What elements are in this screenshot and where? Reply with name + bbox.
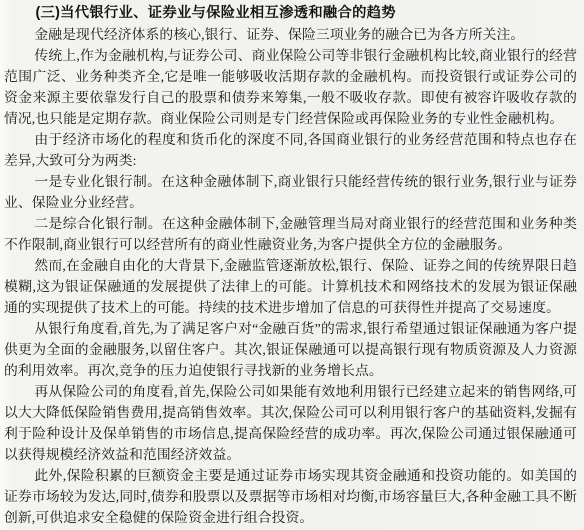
- paragraph-bank-perspective: 从银行角度看,首先,为了满足客户对“金融百货”的需求,银行希望通过银证保融通为客…: [4, 318, 577, 381]
- paragraph-intro: 金融是现代经济体系的核心,银行、证券、保险三项业务的融合已为各方所关注。: [4, 24, 577, 45]
- book-page: (三)当代银行业、证券业与保险业相互渗透和融合的趋势 金融是现代经济体系的核心,…: [0, 0, 584, 530]
- paragraph-two-types: 由于经济市场化的程度和货币化的深度不同,各国商业银行的业务经营范围和特点也存在差…: [4, 129, 577, 171]
- paragraph-universal-bank: 二是综合化银行制。在这种金融体制下,金融管理当局对商业银行的经营范围和业务种类不…: [4, 213, 577, 255]
- paragraph-liberalization: 然而,在金融自由化的大背景下,金融监管逐渐放松,银行、保险、证券之间的传统界限日…: [4, 255, 577, 318]
- section-heading: (三)当代银行业、证券业与保险业相互渗透和融合的趋势: [4, 3, 577, 24]
- paragraph-specialized-bank: 一是专业化银行制。在这种金融体制下,商业银行只能经营传统的银行业务,银行业与证券…: [4, 171, 577, 213]
- paragraph-insurer-perspective: 再从保险公司的角度看,首先,保险公司如果能有效地利用银行已经建立起来的销售网络,…: [4, 381, 577, 465]
- paragraph-traditional: 传统上,作为金融机构,与证券公司、商业保险公司等非银行金融机构比较,商业银行的经…: [4, 45, 577, 129]
- paragraph-securities-market: 此外,保险积累的巨额资金主要是通过证券市场实现其资金融通和投资功能的。如美国的证…: [4, 465, 577, 528]
